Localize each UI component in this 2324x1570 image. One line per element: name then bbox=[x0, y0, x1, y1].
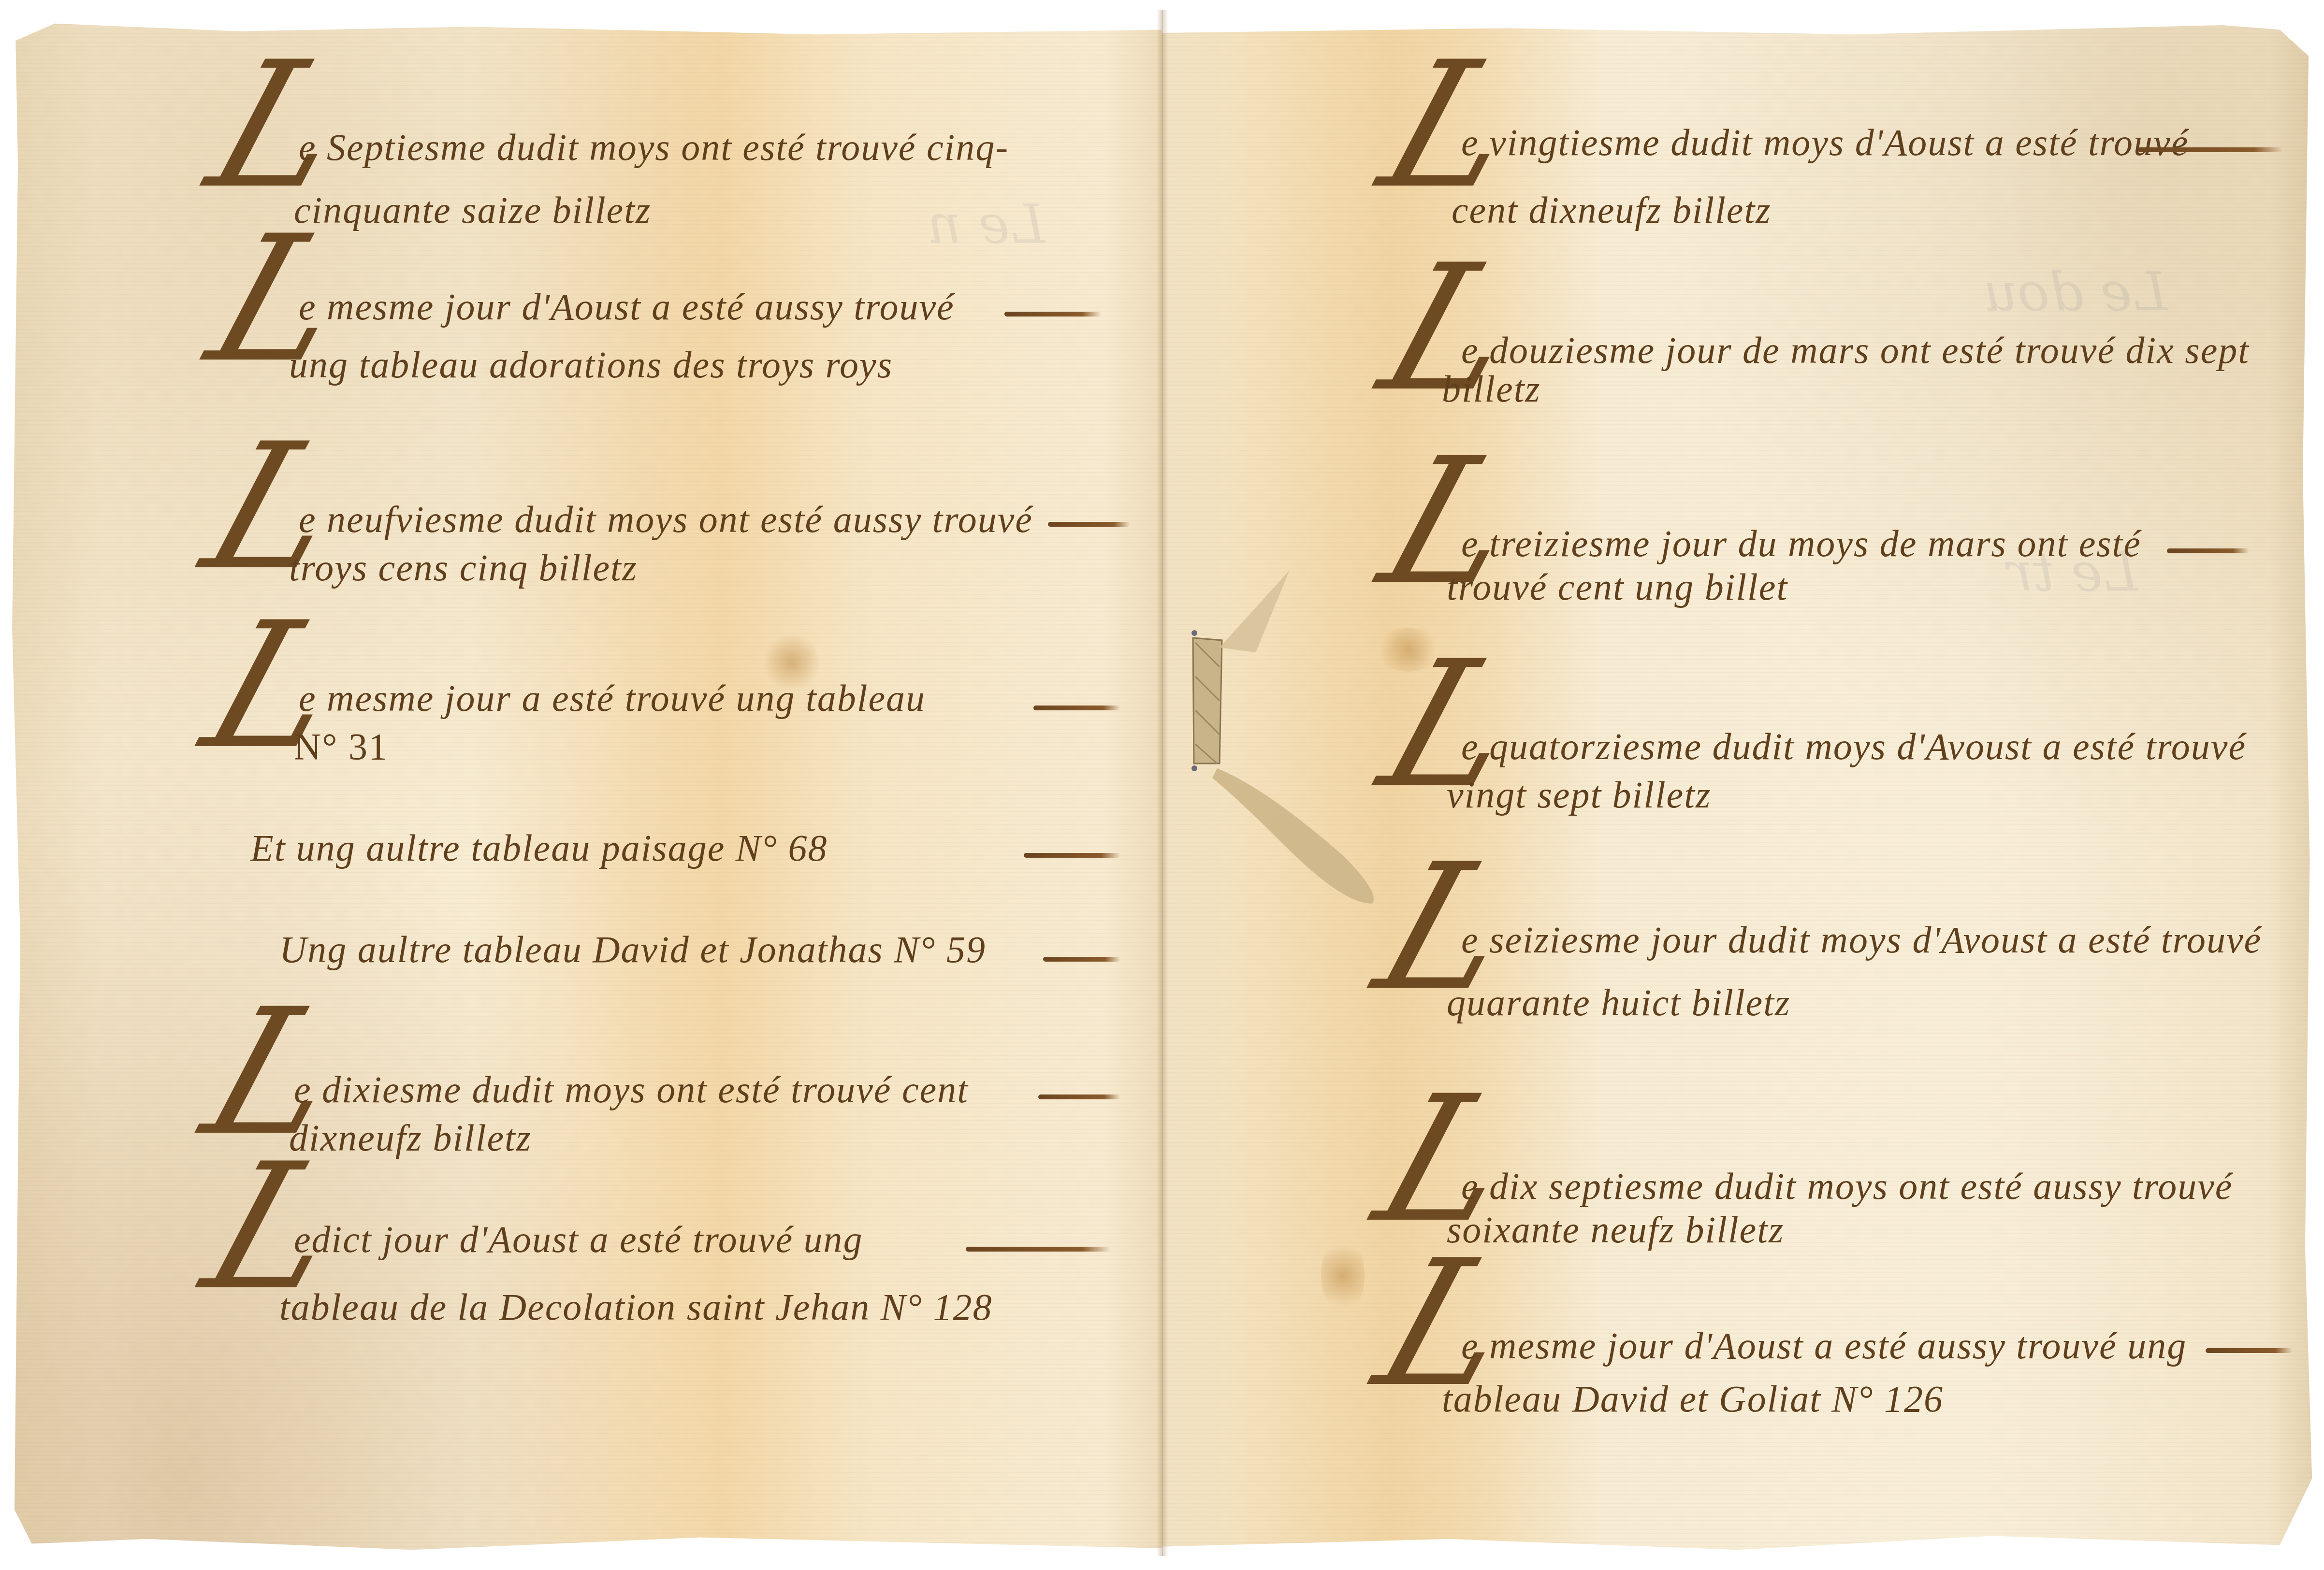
line-filler-stroke bbox=[966, 1247, 1111, 1252]
entry-line: billetz bbox=[1442, 367, 1541, 411]
line-filler-stroke bbox=[1004, 312, 1101, 317]
entry-line: trouvé cent ung billet bbox=[1447, 565, 1788, 609]
entry-line: e neufviesme dudit moys ont esté aussy t… bbox=[299, 498, 1033, 541]
manuscript-spread: Le n L e Septiesme dudit moys ont esté t… bbox=[9, 10, 2314, 1556]
entry-line: e dixiesme dudit moys ont esté trouvé ce… bbox=[294, 1068, 969, 1111]
water-stain bbox=[1321, 1237, 1365, 1314]
item-number: N° 31 bbox=[294, 725, 388, 768]
entry-line: troys cens cinq billetz bbox=[289, 546, 638, 590]
line-filler-stroke bbox=[2206, 1348, 2293, 1353]
entry-line: vingt sept billetz bbox=[1447, 773, 1711, 817]
entry-line: ung tableau adorations des troys roys bbox=[289, 343, 893, 387]
entry-line: Et ung aultre tableau paisage N° 68 bbox=[250, 826, 828, 870]
entry-line: tableau David et Goliat N° 126 bbox=[1442, 1377, 1944, 1421]
entry-line: tableau de la Decolation saint Jehan N° … bbox=[279, 1285, 993, 1329]
entry-line: e dix septiesme dudit moys ont esté auss… bbox=[1461, 1165, 2233, 1208]
entry-line: e treiziesme jour du moys de mars ont es… bbox=[1461, 522, 2141, 565]
line-filler-stroke bbox=[2167, 548, 2249, 553]
line-filler-stroke bbox=[1048, 522, 1130, 527]
parchment-tie-icon bbox=[1140, 556, 1391, 991]
line-filler-stroke bbox=[1038, 1095, 1120, 1099]
left-page: Le n L e Septiesme dudit moys ont esté t… bbox=[9, 10, 1162, 1556]
bleed-through-text: Le n bbox=[927, 193, 1045, 255]
entry-line: e mesme jour d'Aoust a esté aussy trouvé… bbox=[1461, 1324, 2187, 1368]
entry-line: e mesme jour a esté trouvé ung tableau bbox=[299, 677, 926, 720]
entry-line: Ung aultre tableau David et Jonathas N° … bbox=[279, 928, 986, 971]
line-filler-stroke bbox=[2138, 147, 2283, 152]
line-filler-stroke bbox=[1024, 853, 1120, 858]
entry-line: e douziesme jour de mars ont esté trouvé… bbox=[1461, 329, 2250, 372]
entry-line: e Septiesme dudit moys ont esté trouvé c… bbox=[299, 126, 1009, 169]
entry-line: cent dixneufz billetz bbox=[1452, 188, 1772, 232]
entry-line: edict jour d'Aoust a esté trouvé ung bbox=[294, 1218, 863, 1261]
entry-line: e seiziesme jour dudit moys d'Avoust a e… bbox=[1461, 918, 2262, 962]
entry-line: e quatorziesme dudit moys d'Avoust a est… bbox=[1461, 725, 2246, 768]
entry-line: e vingtiesme dudit moys d'Aoust a esté t… bbox=[1461, 121, 2189, 164]
line-filler-stroke bbox=[1033, 706, 1120, 710]
entry-line: quarante huict billetz bbox=[1447, 981, 1790, 1024]
entry-line: e mesme jour d'Aoust a esté aussy trouvé bbox=[299, 285, 955, 329]
bleed-through-text: Le dou bbox=[1983, 261, 2167, 323]
line-filler-stroke bbox=[1043, 957, 1120, 962]
